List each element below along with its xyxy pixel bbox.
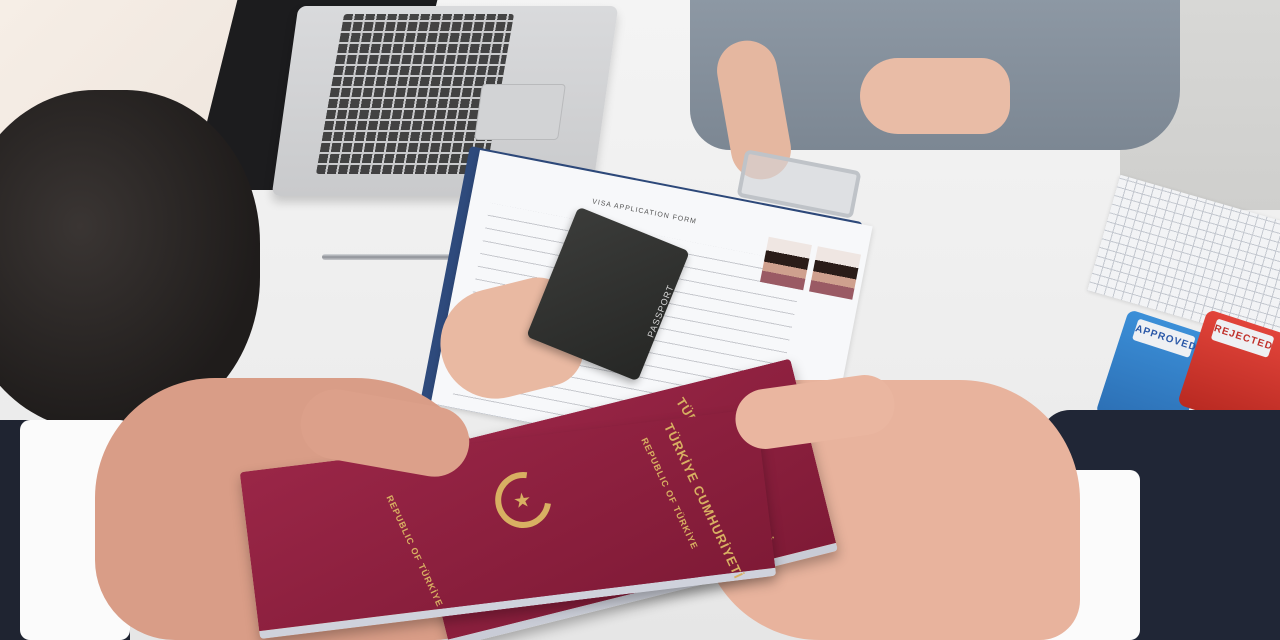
passport-subtitle-secondary: REPUBLIC OF TÜRKİYE xyxy=(384,494,445,609)
applicant-photo xyxy=(809,246,861,300)
applicant-photo xyxy=(760,237,812,291)
laptop-trackpad xyxy=(474,84,566,140)
visa-photo-scene: VISA APPLICATION FORM APPROVED REJECTED … xyxy=(0,0,1280,640)
star-emblem-icon: ★ xyxy=(512,487,533,514)
officer-right-hand xyxy=(860,58,1010,134)
passport-subtitle: REPUBLIC OF TÜRKİYE xyxy=(639,436,700,551)
approved-stamp-label: APPROVED xyxy=(1132,319,1196,358)
